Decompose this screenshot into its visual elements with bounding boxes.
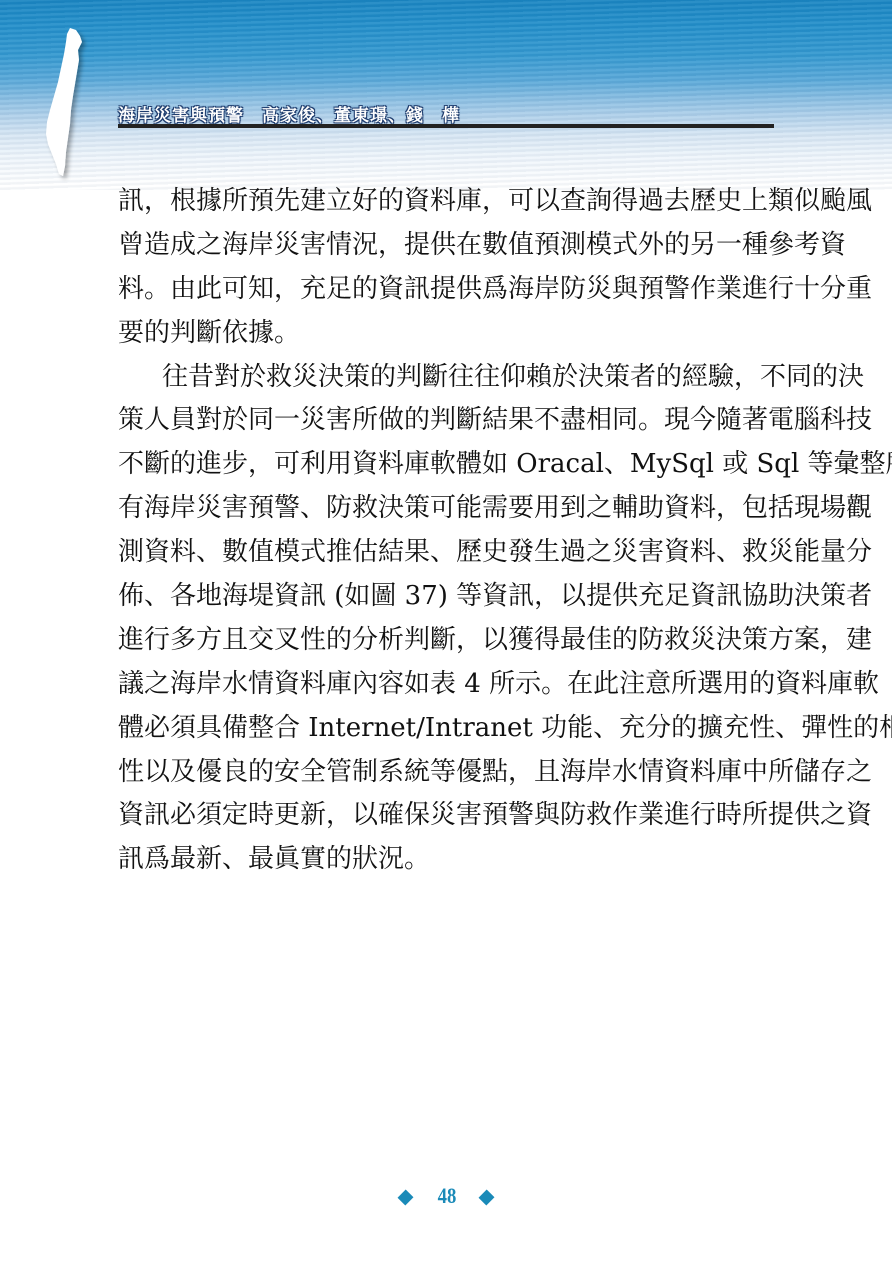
- text-line: 要的判斷依據。: [118, 312, 774, 356]
- header-rule: [118, 124, 774, 128]
- running-head: 海岸災害與預警 高家俊、董東璟、錢 樺: [118, 101, 460, 126]
- header-ocean-banner: [0, 0, 892, 190]
- text-line: 不斷的進步，可利用資料庫軟體如 Oracal、MySql 或 Sql 等彙整所: [118, 443, 774, 487]
- text-line: 訊爲最新、最眞實的狀況。: [118, 838, 774, 882]
- paragraph-2: 往昔對於救災決策的判斷往往仰賴於決策者的經驗，不同的決 策人員對於同一災害所做的…: [118, 356, 774, 883]
- text-line: 料。由此可知，充足的資訊提供爲海岸防災與預警作業進行十分重: [118, 268, 774, 312]
- text-line: 資訊必須定時更新，以確保災害預警與防救作業進行時所提供之資: [118, 794, 774, 838]
- text-line: 測資料、數值模式推估結果、歷史發生過之災害資料、救災能量分: [118, 531, 774, 575]
- paragraph-1: 訊，根據所預先建立好的資料庫，可以查詢得過去歷史上類似颱風 曾造成之海岸災害情況…: [118, 180, 774, 356]
- text-line: 往昔對於救災決策的判斷往往仰賴於決策者的經驗，不同的決: [118, 356, 774, 400]
- body-text: 訊，根據所預先建立好的資料庫，可以查詢得過去歷史上類似颱風 曾造成之海岸災害情況…: [118, 180, 774, 882]
- taiwan-silhouette-icon: [40, 26, 90, 186]
- text-line: 性以及優良的安全管制系統等優點，且海岸水情資料庫中所儲存之: [118, 751, 774, 795]
- text-line: 議之海岸水情資料庫內容如表 4 所示。在此注意所選用的資料庫軟: [118, 663, 774, 707]
- diamond-icon: [398, 1190, 414, 1206]
- text-line: 訊，根據所預先建立好的資料庫，可以查詢得過去歷史上類似颱風: [118, 180, 774, 224]
- text-line: 曾造成之海岸災害情況，提供在數值預測模式外的另一種參考資: [118, 224, 774, 268]
- text-line: 有海岸災害預警、防救決策可能需要用到之輔助資料，包括現場觀: [118, 487, 774, 531]
- text-line: 體必須具備整合 Internet/Intranet 功能、充分的擴充性、彈性的相…: [118, 707, 774, 751]
- page-footer: 48: [0, 1183, 892, 1213]
- text-line: 進行多方且交叉性的分析判斷，以獲得最佳的防救災決策方案，建: [118, 619, 774, 663]
- text-line: 佈、各地海堤資訊 (如圖 37) 等資訊，以提供充足資訊協助決策者: [118, 575, 774, 619]
- diamond-icon: [479, 1190, 495, 1206]
- text-line: 策人員對於同一災害所做的判斷結果不盡相同。現今隨著電腦科技: [118, 399, 774, 443]
- page-number: 48: [434, 1183, 460, 1209]
